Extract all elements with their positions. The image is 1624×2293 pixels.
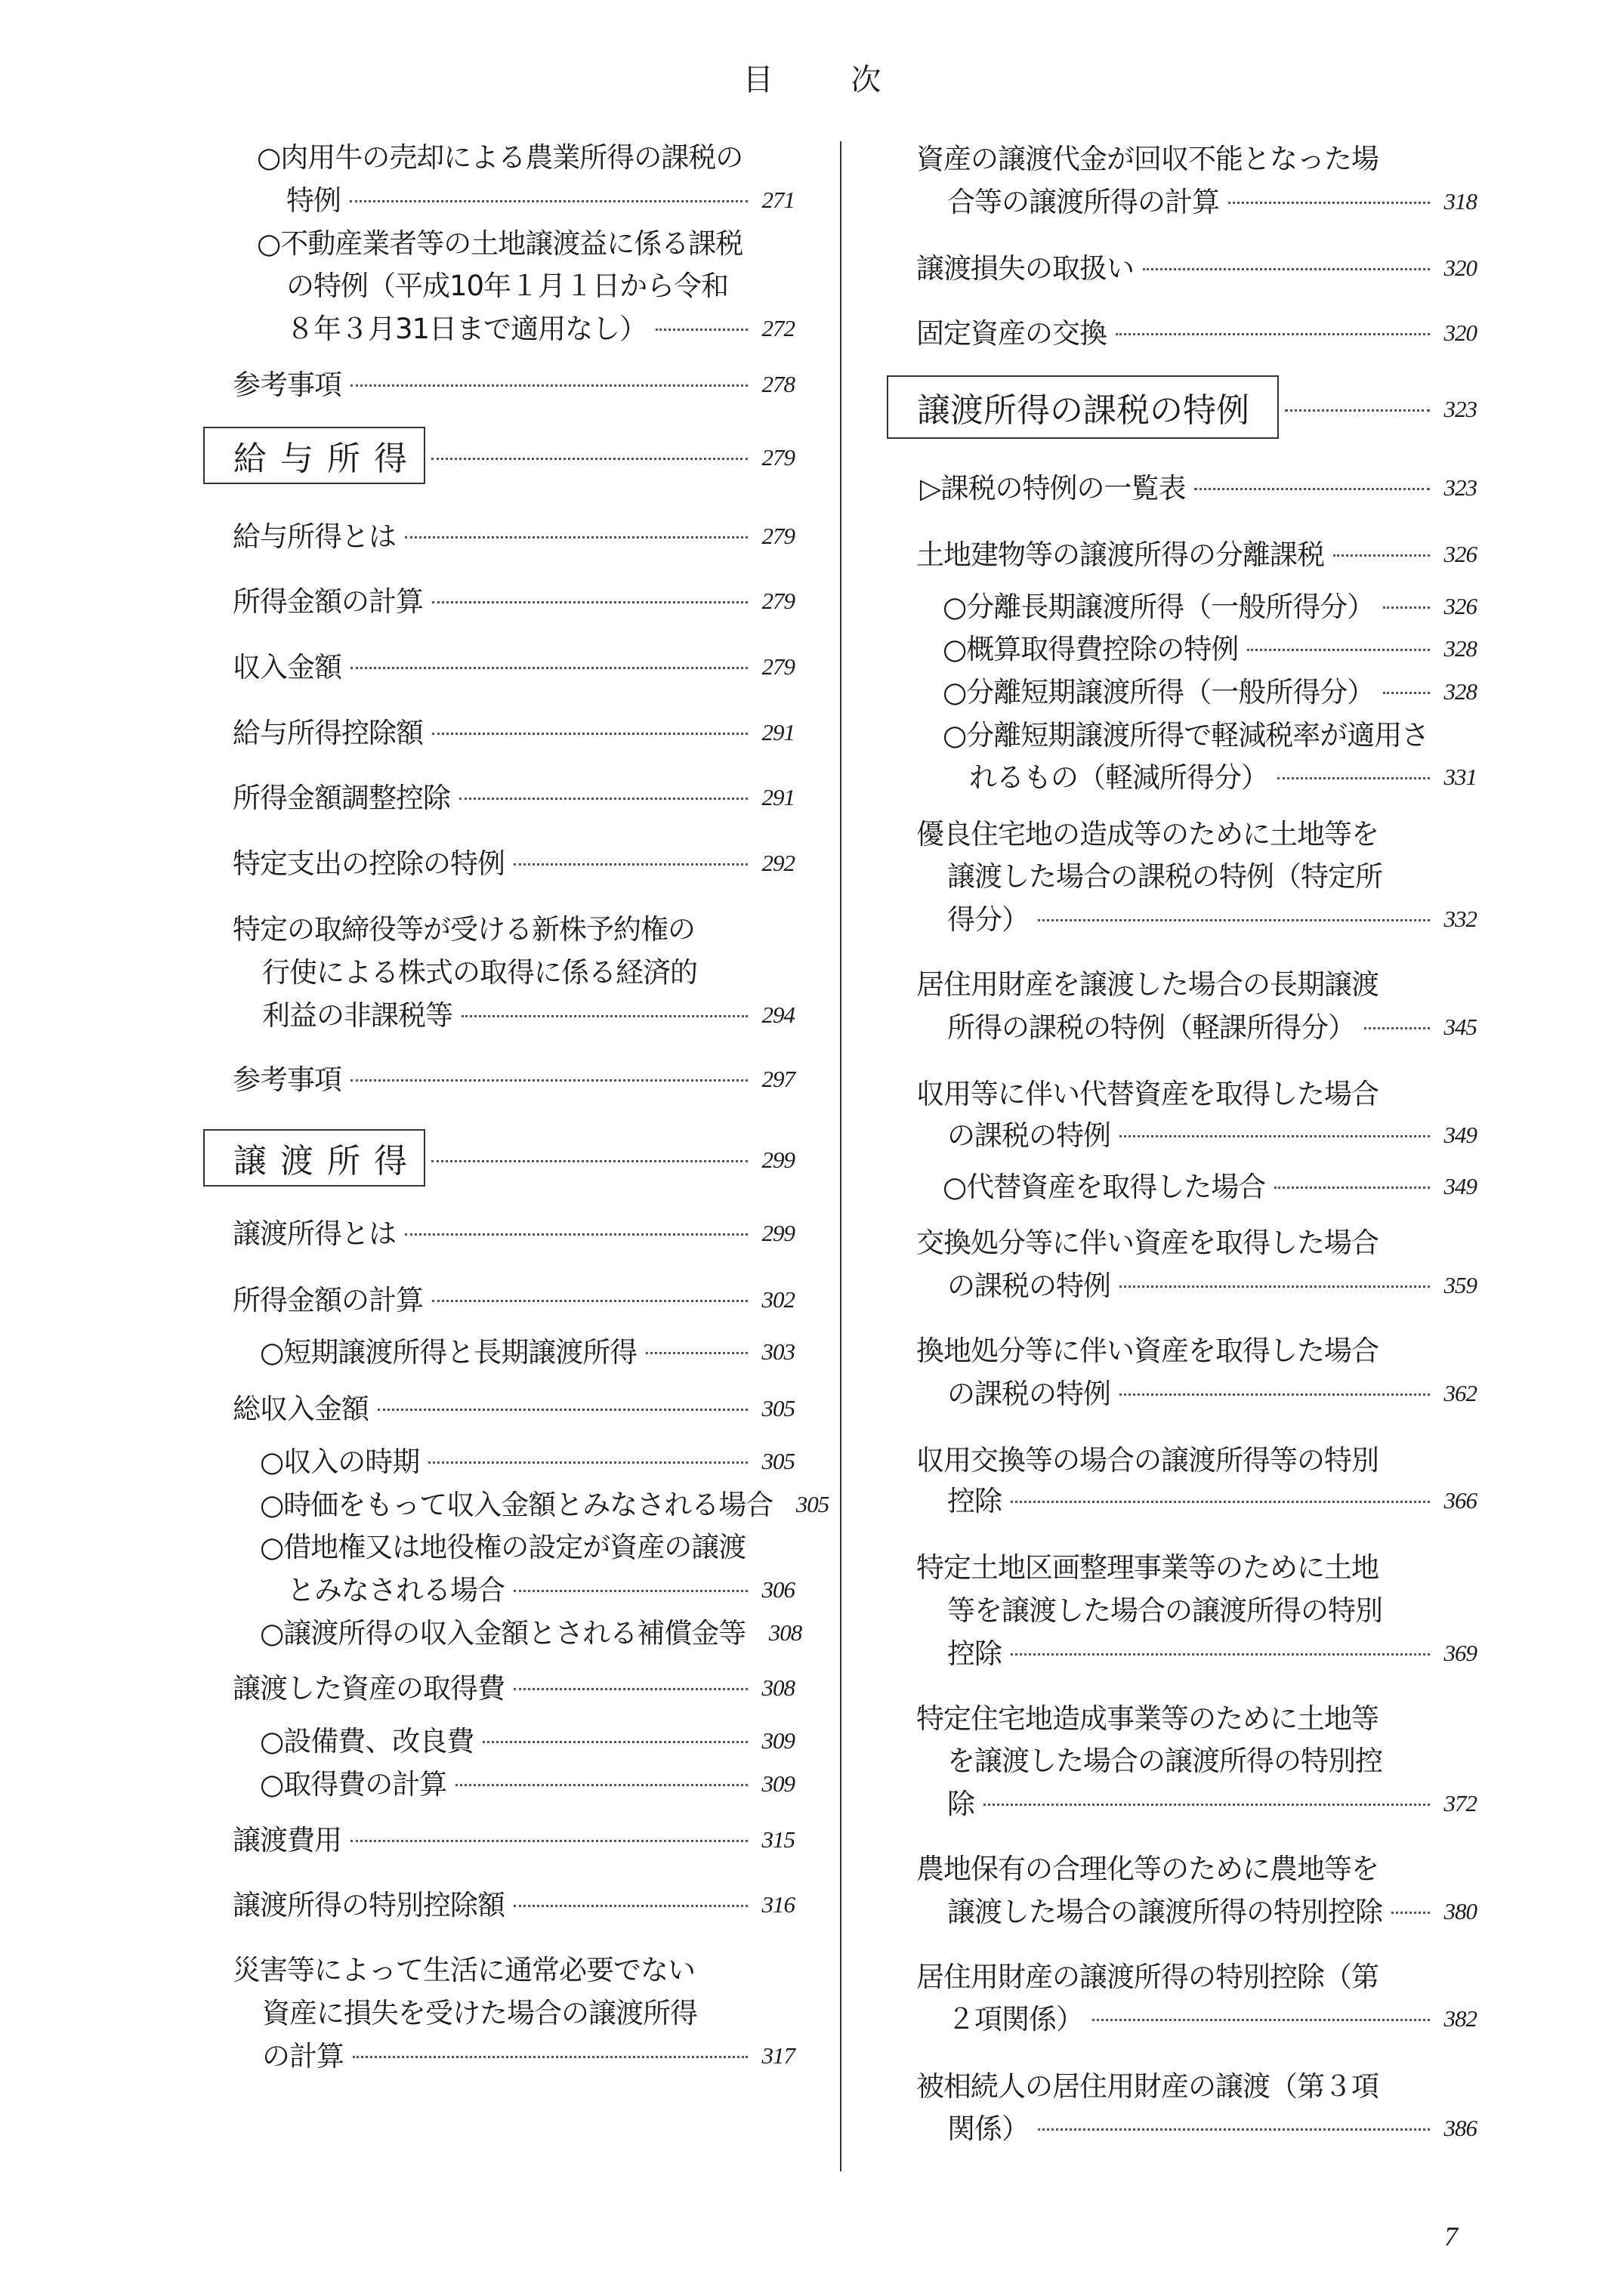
toc-entry[interactable]: 特例271	[286, 180, 795, 216]
toc-entry-label: 控除	[947, 1478, 1002, 1519]
toc-entry-label: 換地処分等に伴い資産を取得した場合	[916, 1328, 1379, 1369]
toc-entry[interactable]: 収用交換等の場合の譲渡所得等の特別	[916, 1440, 1379, 1476]
toc-entry-label: 固定資産の交換	[916, 310, 1107, 351]
toc-entry[interactable]: 特定土地区画整理事業等のために土地	[916, 1547, 1379, 1583]
toc-entry[interactable]: ○譲渡所得の収入金額とされる補償金等308	[260, 1613, 795, 1649]
toc-entry[interactable]: 優良住宅地の造成等のために土地等を	[916, 813, 1379, 850]
dot-leader	[514, 1688, 748, 1690]
dot-leader	[1143, 268, 1430, 270]
toc-entry-label: 譲渡した場合の譲渡所得の特別控除	[947, 1889, 1382, 1930]
toc-entry-label: 控除	[947, 1631, 1002, 1671]
toc-entry[interactable]: ○概算取得費控除の特例328	[943, 628, 1477, 665]
dot-leader	[428, 1461, 748, 1464]
toc-entry-label: 得分）	[947, 897, 1029, 937]
toc-entry[interactable]: 居住用財産の譲渡所得の特別控除（第	[916, 1956, 1379, 1992]
toc-entry[interactable]: 所得金額調整控除291	[233, 777, 795, 813]
toc-entry-label: 給与所得控除額	[233, 710, 423, 751]
dot-leader	[1274, 1187, 1430, 1189]
toc-page-number: 362	[1440, 1380, 1477, 1407]
toc-page-number: 349	[1440, 1173, 1477, 1200]
toc-page-number: 382	[1440, 2005, 1477, 2032]
toc-entry[interactable]: ▷課税の特例の一覧表323	[920, 468, 1477, 504]
toc-entry[interactable]: ○分離短期譲渡所得（一般所得分）328	[943, 671, 1477, 708]
toc-entry-label: ○分離短期譲渡所得（一般所得分）	[943, 669, 1374, 710]
toc-entry-label: 参考事項	[233, 362, 341, 403]
toc-entry-label: ○肉用牛の売却による農業所得の課税の	[257, 134, 743, 175]
page-title-char-1: 目	[743, 56, 773, 99]
toc-page-number: 297	[758, 1066, 795, 1093]
toc-entry-label: ○譲渡所得の収入金額とされる補償金等	[260, 1610, 746, 1651]
dot-leader	[1364, 1027, 1430, 1029]
toc-entry[interactable]: 農地保有の合理化等のために農地等を	[916, 1848, 1379, 1884]
toc-entry[interactable]: とみなされる場合306	[287, 1569, 795, 1606]
toc-entry-label: 関係）	[947, 2106, 1029, 2146]
toc-page-number: 328	[1440, 678, 1477, 705]
toc-entry-label: 優良住宅地の造成等のために土地等を	[916, 811, 1379, 852]
toc-entry[interactable]: 給与所得控除額291	[233, 712, 795, 748]
toc-entry[interactable]: 特定支出の控除の特例292	[233, 843, 795, 879]
toc-page-number: 372	[1440, 1790, 1477, 1817]
toc-entry[interactable]: の課税の特例349	[947, 1115, 1477, 1151]
toc-page-number: 331	[1440, 764, 1477, 791]
toc-page-number: 303	[758, 1338, 795, 1366]
dot-leader	[1383, 606, 1430, 609]
toc-page-number: 278	[758, 371, 795, 398]
toc-page-number: 320	[1440, 319, 1477, 347]
toc-entry-label: 資産の譲渡代金が回収不能となった場	[916, 136, 1379, 177]
dot-leader	[656, 329, 748, 331]
toc-page-number: 328	[1440, 635, 1477, 662]
toc-entry[interactable]: 交換処分等に伴い資産を取得した場合	[916, 1222, 1379, 1258]
toc-entry[interactable]: 給与所得とは279	[233, 516, 795, 552]
section-heading-box[interactable]: 譲渡所得	[203, 1129, 425, 1187]
toc-entry[interactable]: 所得の課税の特例（軽課所得分）345	[947, 1007, 1477, 1043]
toc-page-number: 349	[1440, 1122, 1477, 1149]
toc-page-number: 323	[1440, 474, 1477, 501]
toc-entry[interactable]: 等を譲渡した場合の譲渡所得の特別	[947, 1590, 1382, 1626]
toc-page-number: 366	[1440, 1487, 1477, 1514]
toc-page-number: 316	[758, 1891, 795, 1918]
dot-leader	[983, 1804, 1430, 1806]
dot-leader	[455, 1784, 748, 1786]
toc-entry[interactable]: 関係）386	[947, 2108, 1477, 2144]
dot-leader	[405, 536, 748, 539]
dot-leader	[350, 1079, 748, 1082]
toc-entry[interactable]: 譲渡した場合の課税の特例（特定所	[947, 856, 1382, 892]
toc-page-number: 299	[758, 1220, 795, 1247]
toc-page-number: 308	[765, 1619, 801, 1646]
toc-entry-label: ○代替資産を取得した場合	[943, 1164, 1265, 1205]
toc-entry-label: の課税の特例	[947, 1371, 1110, 1412]
toc-page-number: 317	[758, 2042, 795, 2069]
toc-entry-label: ○収入の時期	[260, 1439, 419, 1480]
toc-entry-label: 利益の非課税等	[262, 992, 452, 1033]
dot-leader	[514, 863, 748, 866]
toc-entry-label: 総収入金額	[233, 1386, 369, 1427]
toc-entry-label: 特定の取締役等が受ける新株予約権の	[233, 906, 695, 947]
toc-entry[interactable]: 譲渡費用315	[233, 1819, 795, 1856]
dot-leader	[1383, 692, 1430, 694]
toc-entry[interactable]: の計算317	[262, 2035, 795, 2072]
dot-leader	[350, 200, 748, 202]
toc-entry-label: 特定住宅地造成事業等のために土地等	[916, 1696, 1379, 1736]
toc-entry-label: 行使による株式の取得に係る経済的	[262, 949, 697, 990]
dot-leader	[646, 1352, 748, 1354]
toc-page-number: 291	[758, 784, 795, 811]
dot-leader	[462, 1015, 748, 1017]
toc-entry[interactable]: 除372	[947, 1783, 1477, 1819]
toc-entry-label: 等を譲渡した場合の譲渡所得の特別	[947, 1588, 1382, 1628]
dot-leader	[1092, 2019, 1430, 2021]
section-heading-leader-row: 299	[431, 1140, 795, 1176]
page-title-char-2: 次	[851, 56, 881, 99]
toc-entry[interactable]: 参考事項297	[233, 1059, 795, 1095]
toc-entry[interactable]: 災害等によって生活に通常必要でない	[233, 1949, 695, 1986]
toc-entry[interactable]: ○肉用牛の売却による農業所得の課税の	[257, 137, 743, 173]
toc-entry-label: 災害等によって生活に通常必要でない	[233, 1947, 695, 1988]
toc-entry[interactable]: ○取得費の計算309	[260, 1764, 795, 1800]
toc-entry-label: 居住用財産を譲渡した場合の長期譲渡	[916, 961, 1379, 1002]
toc-page-number: 345	[1440, 1014, 1477, 1041]
page-number: 7	[1444, 2220, 1458, 2252]
toc-page-number: 279	[758, 653, 795, 680]
toc-entry-label: ▷課税の特例の一覧表	[920, 465, 1185, 506]
dot-leader	[1333, 554, 1430, 557]
toc-entry-label: 譲渡費用	[233, 1817, 341, 1858]
section-heading-title: 給与所得	[233, 431, 421, 480]
dot-leader	[514, 1590, 748, 1592]
dot-leader	[1277, 777, 1430, 779]
toc-page-number: 305	[792, 1491, 829, 1518]
toc-entry-label: ○不動産業者等の土地譲渡益に係る課税	[257, 221, 743, 261]
toc-entry[interactable]: 土地建物等の譲渡所得の分離課税326	[916, 534, 1477, 570]
dot-leader	[378, 1409, 748, 1411]
toc-entry-label: ○設備費、改良費	[260, 1718, 474, 1759]
dot-leader	[432, 733, 748, 735]
toc-entry[interactable]: 収入金額279	[233, 647, 795, 683]
toc-entry-label: ８年３月31日まで適用なし）	[286, 306, 647, 347]
toc-page-number: 326	[1440, 593, 1477, 620]
toc-entry-label: 所得の課税の特例（軽課所得分）	[947, 1005, 1355, 1045]
toc-entry-label: 特定支出の控除の特例	[233, 841, 505, 881]
toc-page-number: 380	[1440, 1898, 1477, 1925]
toc-entry[interactable]: 譲渡損失の取扱い320	[916, 248, 1477, 284]
toc-entry-label: 譲渡した場合の課税の特例（特定所	[947, 853, 1382, 894]
toc-entry[interactable]: 資産の譲渡代金が回収不能となった場	[916, 138, 1379, 174]
toc-entry-label: 譲渡損失の取扱い	[916, 245, 1134, 286]
toc-entry[interactable]: ○収入の時期305	[260, 1441, 795, 1477]
toc-entry[interactable]: 居住用財産を譲渡した場合の長期譲渡	[916, 964, 1379, 1000]
toc-page-number: 318	[1440, 188, 1477, 215]
toc-page-number: 369	[1440, 1640, 1477, 1667]
toc-entry[interactable]: 固定資産の交換320	[916, 313, 1477, 349]
toc-entry[interactable]: 得分）332	[947, 899, 1477, 935]
toc-entry[interactable]: 被相続人の居住用財産の譲渡（第３項	[916, 2066, 1379, 2102]
toc-entry[interactable]: の課税の特例359	[947, 1265, 1477, 1301]
section-page-number: 323	[1440, 396, 1477, 423]
toc-entry-label: れるもの（軽減所得分）	[969, 755, 1268, 795]
toc-entry[interactable]: 控除369	[947, 1633, 1477, 1669]
toc-entry[interactable]: ○借地権又は地役権の設定が資産の譲渡	[260, 1526, 746, 1563]
toc-page-number: 302	[758, 1286, 795, 1313]
toc-entry-label: の課税の特例	[947, 1113, 1110, 1153]
dot-leader	[1011, 1653, 1430, 1656]
toc-entry[interactable]: 参考事項278	[233, 364, 795, 400]
toc-entry[interactable]: ○時価をもって収入金額とみなされる場合305	[260, 1484, 795, 1520]
toc-entry-label: ２項関係）	[947, 1996, 1083, 2037]
toc-entry[interactable]: 所得金額の計算302	[233, 1279, 795, 1316]
dot-leader	[1011, 1501, 1430, 1503]
toc-entry[interactable]: 総収入金額305	[233, 1388, 795, 1424]
toc-entry-label: とみなされる場合	[287, 1567, 505, 1608]
dot-leader	[350, 384, 748, 387]
toc-entry-label: ○分離短期譲渡所得で軽減税率が適用さ	[943, 712, 1428, 753]
dot-leader	[1285, 409, 1430, 412]
toc-entry-label: の特例（平成10年１月１日から令和	[286, 263, 728, 304]
toc-entry-label: 除	[947, 1781, 974, 1822]
toc-page-number: 308	[758, 1674, 795, 1702]
toc-entry[interactable]: 譲渡した場合の譲渡所得の特別控除380	[947, 1891, 1477, 1927]
dot-leader	[432, 601, 748, 603]
section-heading-leader-row: 323	[1285, 389, 1477, 425]
toc-entry-label: 合等の譲渡所得の計算	[947, 179, 1219, 220]
toc-entry-label: 給与所得とは	[233, 514, 396, 554]
toc-entry-label: 参考事項	[233, 1057, 341, 1097]
toc-page-number: 292	[758, 850, 795, 877]
toc-entry[interactable]: ○短期譲渡所得と長期譲渡所得303	[260, 1332, 795, 1368]
toc-entry-label: ○取得費の計算	[260, 1761, 446, 1802]
toc-entry[interactable]: ○不動産業者等の土地譲渡益に係る課税	[257, 223, 743, 259]
toc-entry[interactable]: 換地処分等に伴い資産を取得した場合	[916, 1330, 1379, 1366]
toc-entry-label: ○時価をもって収入金額とみなされる場合	[260, 1482, 773, 1523]
toc-page-number: 309	[758, 1770, 795, 1798]
toc-entry[interactable]: ○分離短期譲渡所得で軽減税率が適用さ	[943, 714, 1428, 751]
toc-entry-label: 譲渡した資産の取得費	[233, 1665, 505, 1706]
dot-leader	[1247, 649, 1430, 651]
dot-leader	[514, 1905, 748, 1907]
toc-entry[interactable]: ○代替資産を取得した場合349	[943, 1166, 1477, 1202]
toc-page-number: 305	[758, 1395, 795, 1422]
toc-page-number: 315	[758, 1826, 795, 1853]
page-title: 目 次	[0, 56, 1624, 99]
toc-entry[interactable]: 譲渡した資産の取得費308	[233, 1668, 795, 1704]
toc-page-number: 306	[758, 1576, 795, 1603]
toc-page-number: 332	[1440, 906, 1477, 933]
toc-page-number: 279	[758, 588, 795, 615]
section-page-number: 279	[758, 444, 795, 471]
dot-leader	[405, 1233, 748, 1236]
toc-entry-label: の計算	[262, 2033, 344, 2074]
toc-entry[interactable]: れるもの（軽減所得分）331	[969, 757, 1477, 793]
toc-entry[interactable]: 譲渡所得とは299	[233, 1213, 795, 1249]
section-heading-box[interactable]: 譲渡所得の課税の特例	[887, 375, 1279, 439]
dot-leader	[1038, 2128, 1430, 2131]
dot-leader	[350, 1840, 748, 1842]
toc-entry[interactable]: 資産に損失を受けた場合の譲渡所得	[262, 1992, 697, 2029]
dot-leader	[350, 667, 748, 669]
section-heading-box[interactable]: 給与所得	[203, 427, 425, 484]
toc-entry-label: 収用等に伴い代替資産を取得した場合	[916, 1071, 1379, 1112]
toc-entry-label: 資産に損失を受けた場合の譲渡所得	[262, 1990, 697, 2031]
dot-leader	[431, 1160, 748, 1162]
toc-entry-label: 所得金額の計算	[233, 579, 423, 619]
toc-entry[interactable]: ２項関係）382	[947, 1998, 1477, 2035]
toc-entry[interactable]: を譲渡した場合の譲渡所得の特別控	[947, 1740, 1382, 1776]
toc-page-number: 320	[1440, 255, 1477, 282]
toc-page-number: 271	[758, 187, 795, 214]
toc-entry[interactable]: 控除366	[947, 1480, 1477, 1517]
toc-entry[interactable]: 所得金額の計算279	[233, 581, 795, 617]
section-heading-title: 譲渡所得	[233, 1134, 421, 1182]
dot-leader	[432, 1300, 748, 1302]
dot-leader	[353, 2056, 748, 2058]
toc-entry[interactable]: ○分離長期譲渡所得（一般所得分）326	[943, 586, 1477, 622]
dot-leader	[1228, 202, 1430, 204]
section-page-number: 299	[758, 1146, 795, 1174]
toc-entry[interactable]: 譲渡所得の特別控除額316	[233, 1884, 795, 1921]
toc-page-number: 386	[1440, 2115, 1477, 2142]
column-divider	[840, 141, 841, 2171]
dot-leader	[483, 1741, 748, 1743]
toc-entry[interactable]: ８年３月31日まで適用なし）272	[286, 308, 795, 344]
dot-leader	[459, 798, 748, 800]
section-heading-title: 譲渡所得の課税の特例	[917, 383, 1249, 431]
toc-entry-label: 土地建物等の譲渡所得の分離課税	[916, 532, 1324, 572]
toc-entry-label: 所得金額の計算	[233, 1277, 423, 1318]
toc-entry[interactable]: の特例（平成10年１月１日から令和	[286, 265, 728, 301]
toc-entry-label: 被相続人の居住用財産の譲渡（第３項	[916, 2063, 1379, 2104]
toc-page-number: 359	[1440, 1272, 1477, 1299]
toc-entry[interactable]: 特定の取締役等が受ける新株予約権の	[233, 909, 695, 945]
toc-entry[interactable]: 合等の譲渡所得の計算318	[947, 181, 1477, 218]
toc-page-number: 291	[758, 719, 795, 746]
dot-leader	[1119, 1135, 1430, 1137]
toc-entry[interactable]: 行使による株式の取得に係る経済的	[262, 952, 697, 988]
toc-page-number: 272	[758, 315, 795, 342]
dot-leader	[431, 458, 748, 460]
toc-entry-label: 収用交換等の場合の譲渡所得等の特別	[916, 1437, 1379, 1478]
toc-entry[interactable]: 収用等に伴い代替資産を取得した場合	[916, 1073, 1379, 1109]
dot-leader	[1391, 1912, 1430, 1914]
toc-entry-label: ○借地権又は地役権の設定が資産の譲渡	[260, 1524, 746, 1565]
toc-entry-label: の課税の特例	[947, 1263, 1110, 1304]
toc-entry[interactable]: ○設備費、改良費309	[260, 1721, 795, 1757]
toc-page-number: 326	[1440, 541, 1477, 568]
toc-entry-label: 居住用財産の譲渡所得の特別控除（第	[916, 1954, 1379, 1995]
toc-entry-label: 譲渡所得とは	[233, 1211, 396, 1251]
dot-leader	[1038, 919, 1430, 921]
toc-page-number: 305	[758, 1448, 795, 1475]
toc-page-number: 309	[758, 1727, 795, 1754]
toc-entry-label: を譲渡した場合の譲渡所得の特別控	[947, 1738, 1382, 1779]
toc-entry-label: 特例	[286, 177, 341, 218]
toc-entry-label: 収入金額	[233, 644, 341, 685]
dot-leader	[1119, 1285, 1430, 1288]
toc-entry-label: ○短期譲渡所得と長期譲渡所得	[260, 1329, 637, 1370]
section-heading-leader-row: 279	[431, 437, 795, 474]
dot-leader	[1116, 333, 1430, 335]
toc-page-number: 294	[758, 1001, 795, 1029]
dot-leader	[1119, 1393, 1430, 1396]
toc-entry-label: 農地保有の合理化等のために農地等を	[916, 1846, 1379, 1887]
toc-entry-label: 譲渡所得の特別控除額	[233, 1882, 505, 1923]
toc-entry-label: 所得金額調整控除	[233, 775, 450, 816]
toc-entry-label: ○分離長期譲渡所得（一般所得分）	[943, 584, 1374, 625]
toc-entry[interactable]: 利益の非課税等294	[262, 995, 795, 1031]
toc-entry[interactable]: の課税の特例362	[947, 1373, 1477, 1409]
dot-leader	[1194, 488, 1430, 490]
toc-page-number: 279	[758, 523, 795, 550]
toc-entry-label: ○概算取得費控除の特例	[943, 626, 1238, 667]
toc-entry[interactable]: 特定住宅地造成事業等のために土地等	[916, 1698, 1379, 1734]
toc-entry-label: 特定土地区画整理事業等のために土地	[916, 1545, 1379, 1585]
toc-entry-label: 交換処分等に伴い資産を取得した場合	[916, 1220, 1379, 1261]
